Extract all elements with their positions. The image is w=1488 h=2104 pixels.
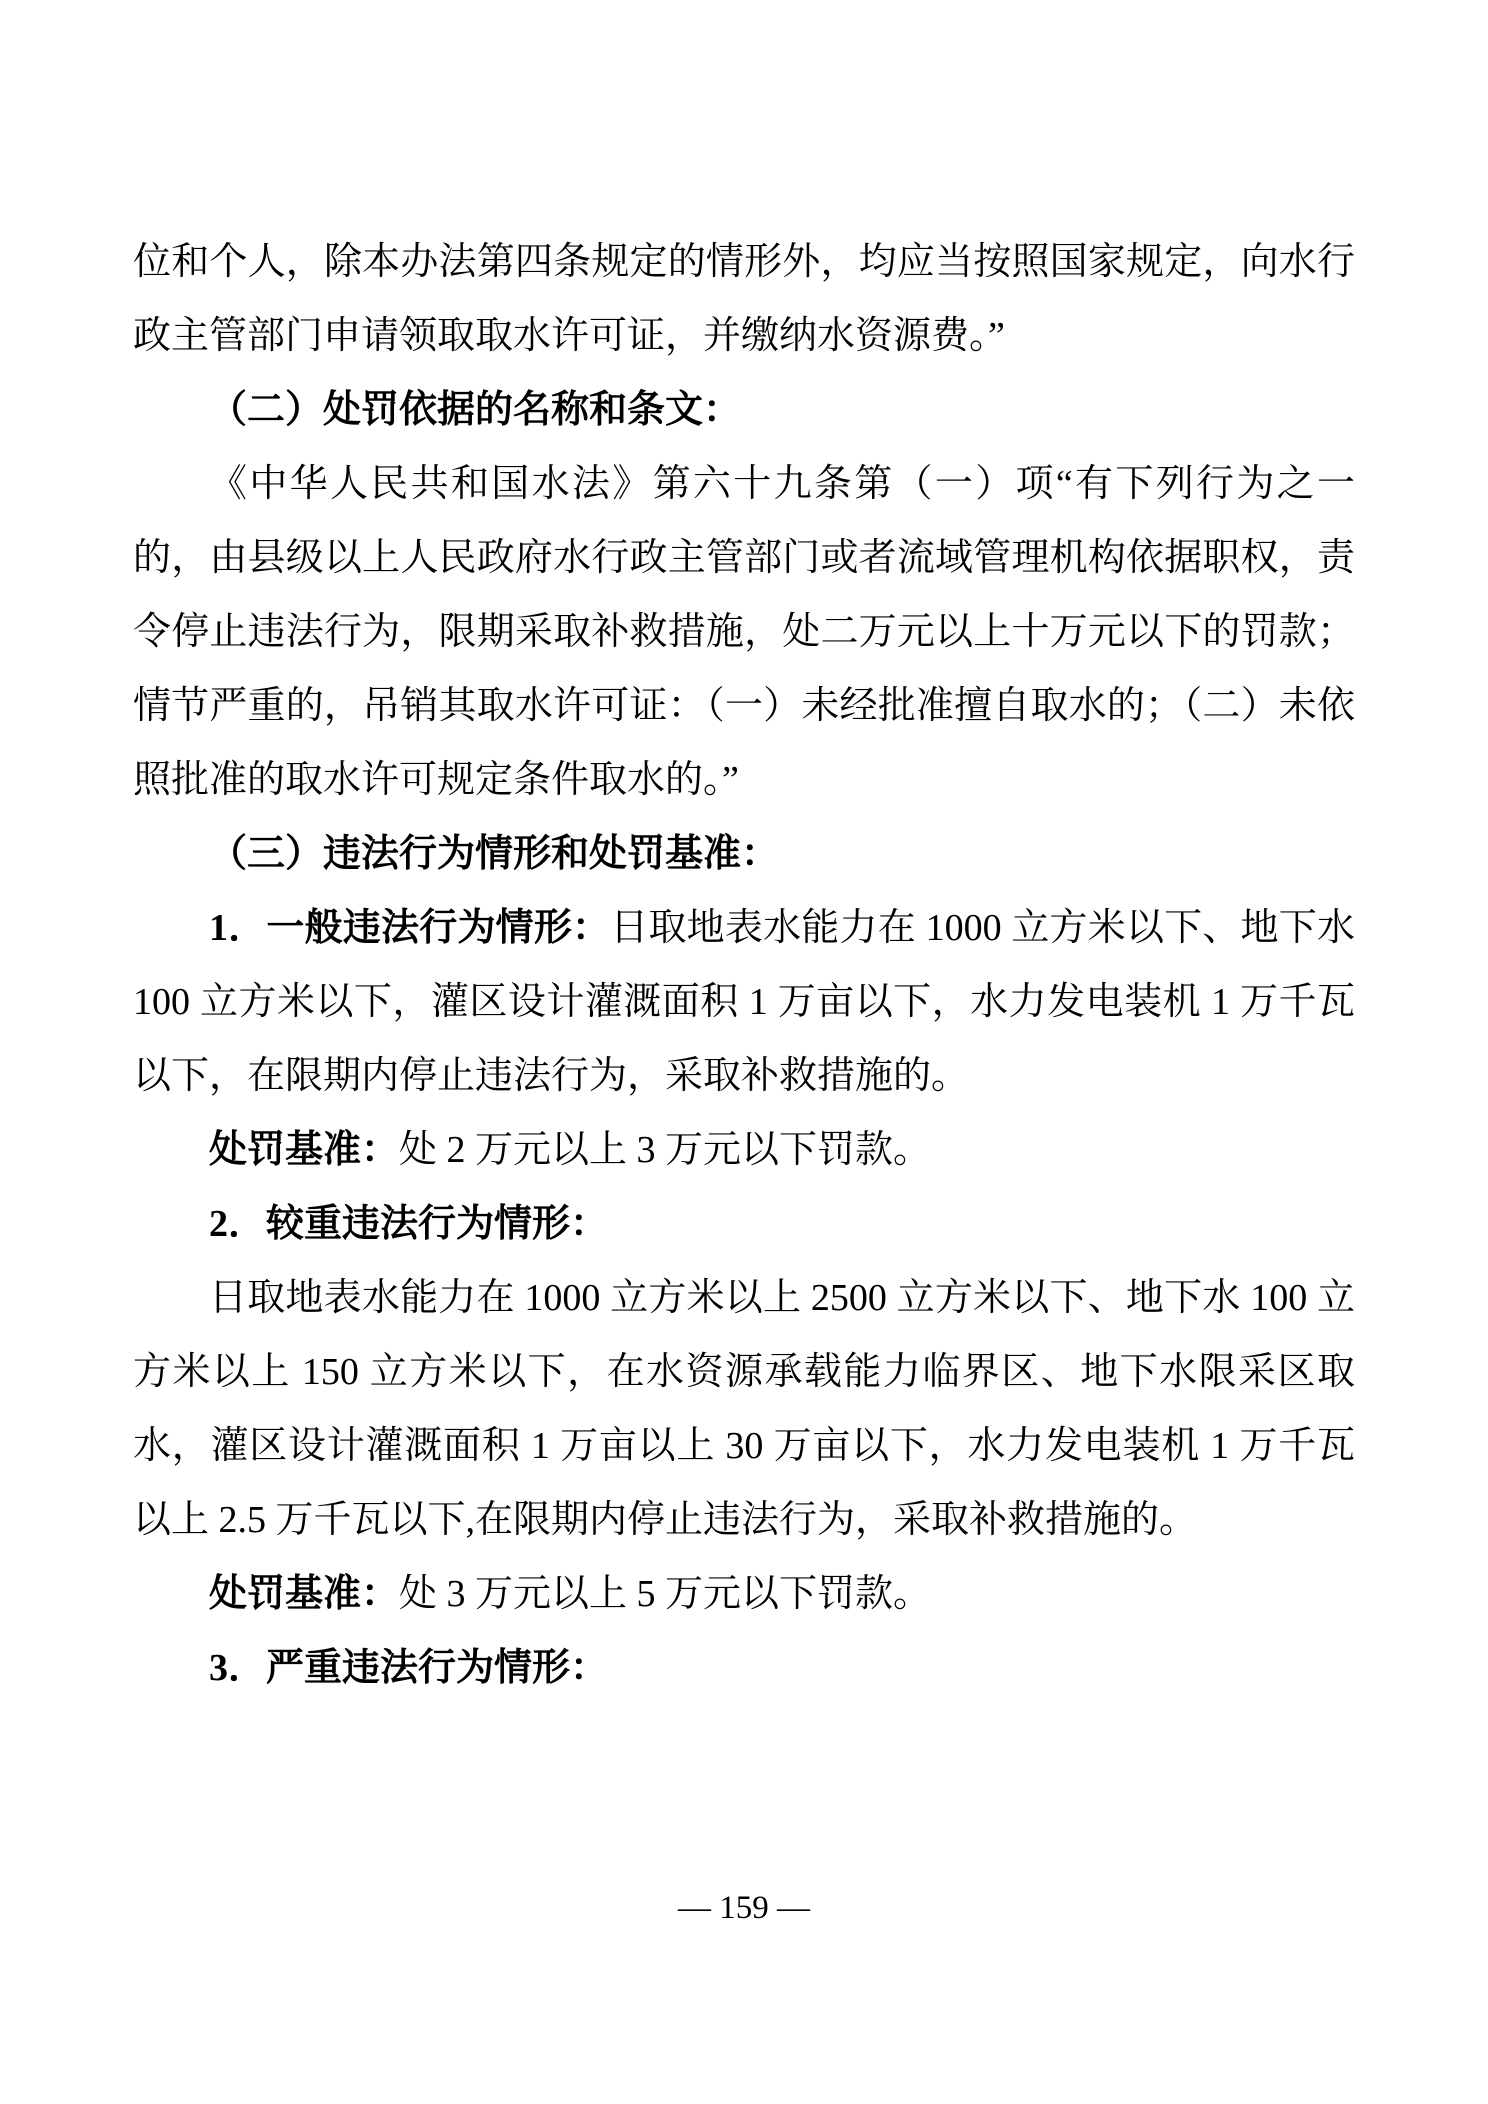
item1-label: 1．一般违法行为情形： <box>209 907 610 949</box>
item2-heading-text: 2．较重违法行为情形： <box>209 1203 608 1245</box>
paragraph-penalty2: 处罚基准：处 3 万元以上 5 万元以下罚款。 <box>133 1557 1355 1631</box>
heading-item2-moderate-violation: 2．较重违法行为情形： <box>133 1187 1355 1261</box>
penalty1-text: 处 2 万元以上 3 万元以下罚款。 <box>399 1129 931 1171</box>
page-number: — 159 — <box>0 1888 1488 1928</box>
paragraph-item1-general-violation: 1．一般违法行为情形：日取地表水能力在 1000 立方米以下、地下水 100 立… <box>133 891 1355 1113</box>
section-heading-penalty-basis-text: （二）处罚依据的名称和条文： <box>209 389 741 431</box>
paragraph-continuation: 位和个人，除本办法第四条规定的情形外，均应当按照国家规定，向水行政主管部门申请领… <box>133 225 1355 373</box>
paragraph-continuation-text: 位和个人，除本办法第四条规定的情形外，均应当按照国家规定，向水行政主管部门申请领… <box>133 241 1355 357</box>
section-heading-violation-criteria-text: （三）违法行为情形和处罚基准： <box>209 833 779 875</box>
paragraph-law-citation-text: 《中华人民共和国水法》第六十九条第（一）项“有下列行为之一的，由县级以上人民政府… <box>133 463 1355 801</box>
section-heading-violation-criteria: （三）违法行为情形和处罚基准： <box>133 817 1355 891</box>
item3-heading-text: 3．严重违法行为情形： <box>209 1647 608 1689</box>
document-page: 位和个人，除本办法第四条规定的情形外，均应当按照国家规定，向水行政主管部门申请领… <box>0 0 1488 2104</box>
heading-item3-severe-violation: 3．严重违法行为情形： <box>133 1631 1355 1705</box>
penalty2-text: 处 3 万元以上 5 万元以下罚款。 <box>399 1573 931 1615</box>
penalty2-label: 处罚基准： <box>209 1573 399 1615</box>
paragraph-penalty1: 处罚基准：处 2 万元以上 3 万元以下罚款。 <box>133 1113 1355 1187</box>
paragraph-item2-description: 日取地表水能力在 1000 立方米以上 2500 立方米以下、地下水 100 立… <box>133 1261 1355 1557</box>
penalty1-label: 处罚基准： <box>209 1129 399 1171</box>
paragraph-law-citation: 《中华人民共和国水法》第六十九条第（一）项“有下列行为之一的，由县级以上人民政府… <box>133 447 1355 817</box>
page-body-text: 位和个人，除本办法第四条规定的情形外，均应当按照国家规定，向水行政主管部门申请领… <box>133 225 1355 1705</box>
section-heading-penalty-basis: （二）处罚依据的名称和条文： <box>133 373 1355 447</box>
item2-text: 日取地表水能力在 1000 立方米以上 2500 立方米以下、地下水 100 立… <box>133 1277 1355 1541</box>
